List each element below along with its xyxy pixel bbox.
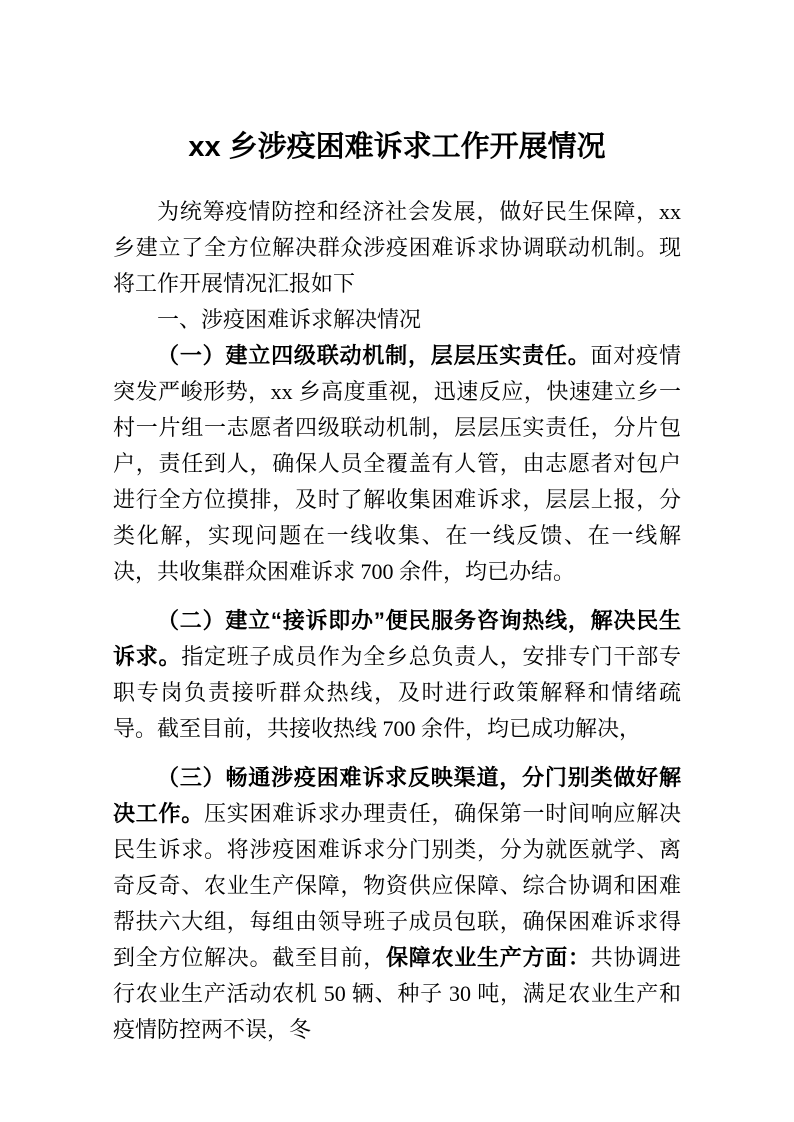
body-paragraph: （三）畅通涉疫困难诉求反映渠道，分门别类做好解决工作。压实困难诉求办理责任，确保… [113,760,681,1048]
text-run: 指定班子成员作为全乡总负责人，安排专门干部专职专岗负责接听群众热线，及时进行政策… [113,644,681,741]
text-run: 为统筹疫情防控和经济社会发展，做好民生保障，xx 乡建立了全方位解决群众涉疫困难… [113,199,681,296]
body-paragraph: （一）建立四级联动机制，层层压实责任。面对疫情突发严峻形势，xx 乡高度重视，迅… [113,338,681,590]
text-run: 面对疫情突发严峻形势，xx 乡高度重视，迅速反应，快速建立乡一村一片组一志愿者四… [113,343,681,584]
body-paragraph: 为统筹疫情防控和经济社会发展，做好民生保障，xx 乡建立了全方位解决群众涉疫困难… [113,194,681,302]
document-body: 为统筹疫情防控和经济社会发展，做好民生保障，xx 乡建立了全方位解决群众涉疫困难… [113,194,681,1048]
bold-text-run: （一）建立四级联动机制，层层压实责任。 [157,343,591,368]
body-paragraph: （二）建立“接诉即办”便民服务咨询热线，解决民生诉求。指定班子成员作为全乡总负责… [113,603,681,747]
section-heading: 一、涉疫困难诉求解决情况 [113,302,681,338]
document-title: xx 乡涉疫困难诉求工作开展情况 [113,126,681,168]
document-page: xx 乡涉疫困难诉求工作开展情况 为统筹疫情防控和经济社会发展，做好民生保障，x… [0,0,794,1122]
document-content: xx 乡涉疫困难诉求工作开展情况 为统筹疫情防控和经济社会发展，做好民生保障，x… [113,126,681,1048]
text-run: 一、涉疫困难诉求解决情况 [157,307,421,332]
bold-text-run: 保障农业生产方面： [386,945,591,970]
